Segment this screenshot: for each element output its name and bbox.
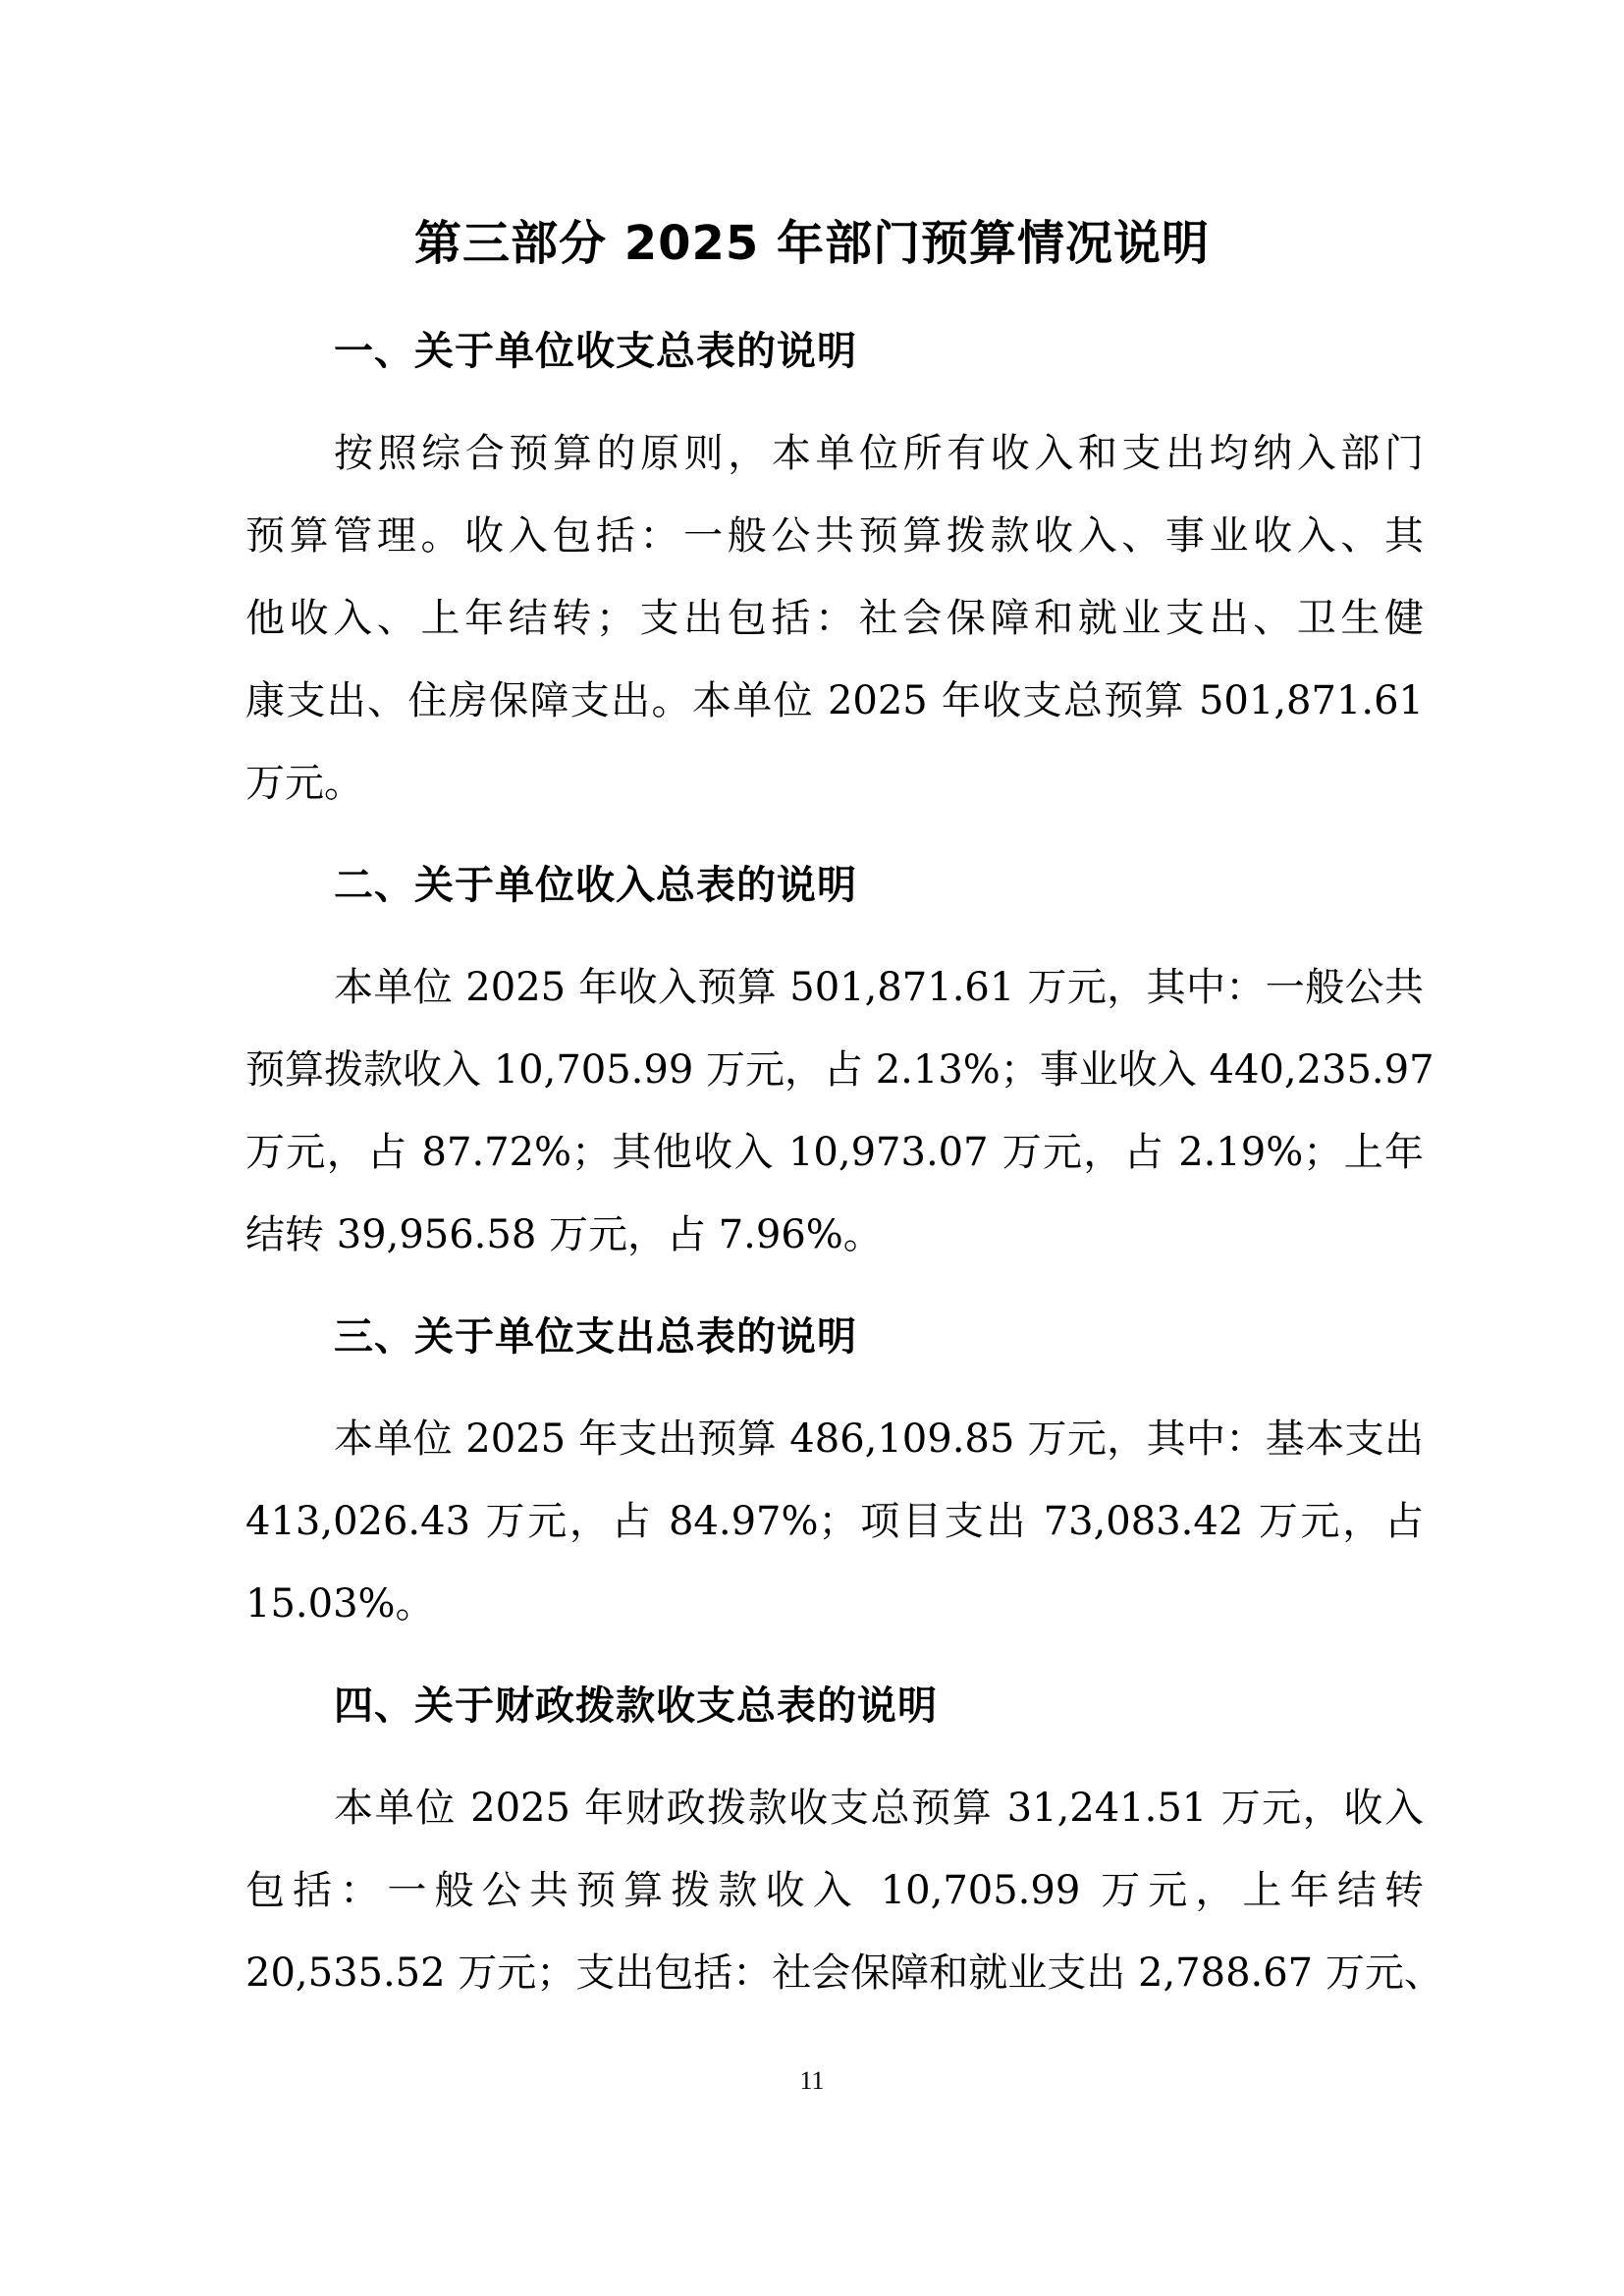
section-paragraph-3: 本单位 2025 年支出预算 486,109.85 万元，其中：基本支出 413… xyxy=(245,1398,1424,1645)
paragraph-line: 万元。 xyxy=(245,742,1424,825)
paragraph-line: 结转 39,956.58 万元，占 7.96%。 xyxy=(245,1194,1424,1276)
paragraph-line: 15.03%。 xyxy=(245,1563,1424,1645)
paragraph-line: 按照综合预算的原则，本单位所有收入和支出均纳入部门 xyxy=(245,412,1424,495)
paragraph-line: 413,026.43 万元，占 84.97%；项目支出 73,083.42 万元… xyxy=(245,1480,1424,1563)
section-heading-4: 四、关于财政拨款收支总表的说明 xyxy=(334,1679,938,1734)
document-page: 第三部分 2025 年部门预算情况说明 一、关于单位收支总表的说明 按照综合预算… xyxy=(0,0,1624,2296)
section-paragraph-2: 本单位 2025 年收入预算 501,871.61 万元，其中：一般公共 预算拨… xyxy=(245,946,1424,1276)
paragraph-line: 预算管理。收入包括：一般公共预算拨款收入、事业收入、其 xyxy=(245,495,1424,577)
page-title: 第三部分 2025 年部门预算情况说明 xyxy=(0,212,1624,275)
section-paragraph-1: 按照综合预算的原则，本单位所有收入和支出均纳入部门 预算管理。收入包括：一般公共… xyxy=(245,412,1424,825)
page-number: 11 xyxy=(0,2066,1624,2096)
paragraph-line: 预算拨款收入 10,705.99 万元，占 2.13%；事业收入 440,235… xyxy=(245,1029,1424,1111)
paragraph-line: 包括：一般公共预算拨款收入 10,705.99 万元，上年结转 xyxy=(245,1849,1424,1932)
paragraph-line: 本单位 2025 年收入预算 501,871.61 万元，其中：一般公共 xyxy=(245,946,1424,1029)
section-heading-3: 三、关于单位支出总表的说明 xyxy=(334,1309,857,1364)
section-heading-2: 二、关于单位收入总表的说明 xyxy=(334,858,857,913)
section-paragraph-4: 本单位 2025 年财政拨款收支总预算 31,241.51 万元，收入 包括：一… xyxy=(245,1767,1424,2014)
paragraph-line: 他收入、上年结转；支出包括：社会保障和就业支出、卫生健 xyxy=(245,577,1424,660)
section-heading-1: 一、关于单位收支总表的说明 xyxy=(334,324,857,379)
paragraph-line: 本单位 2025 年财政拨款收支总预算 31,241.51 万元，收入 xyxy=(245,1767,1424,1849)
paragraph-line: 本单位 2025 年支出预算 486,109.85 万元，其中：基本支出 xyxy=(245,1398,1424,1480)
paragraph-line: 万元，占 87.72%；其他收入 10,973.07 万元，占 2.19%；上年 xyxy=(245,1111,1424,1194)
paragraph-line: 康支出、住房保障支出。本单位 2025 年收支总预算 501,871.61 xyxy=(245,660,1424,742)
paragraph-line: 20,535.52 万元；支出包括：社会保障和就业支出 2,788.67 万元、 xyxy=(245,1932,1424,2014)
